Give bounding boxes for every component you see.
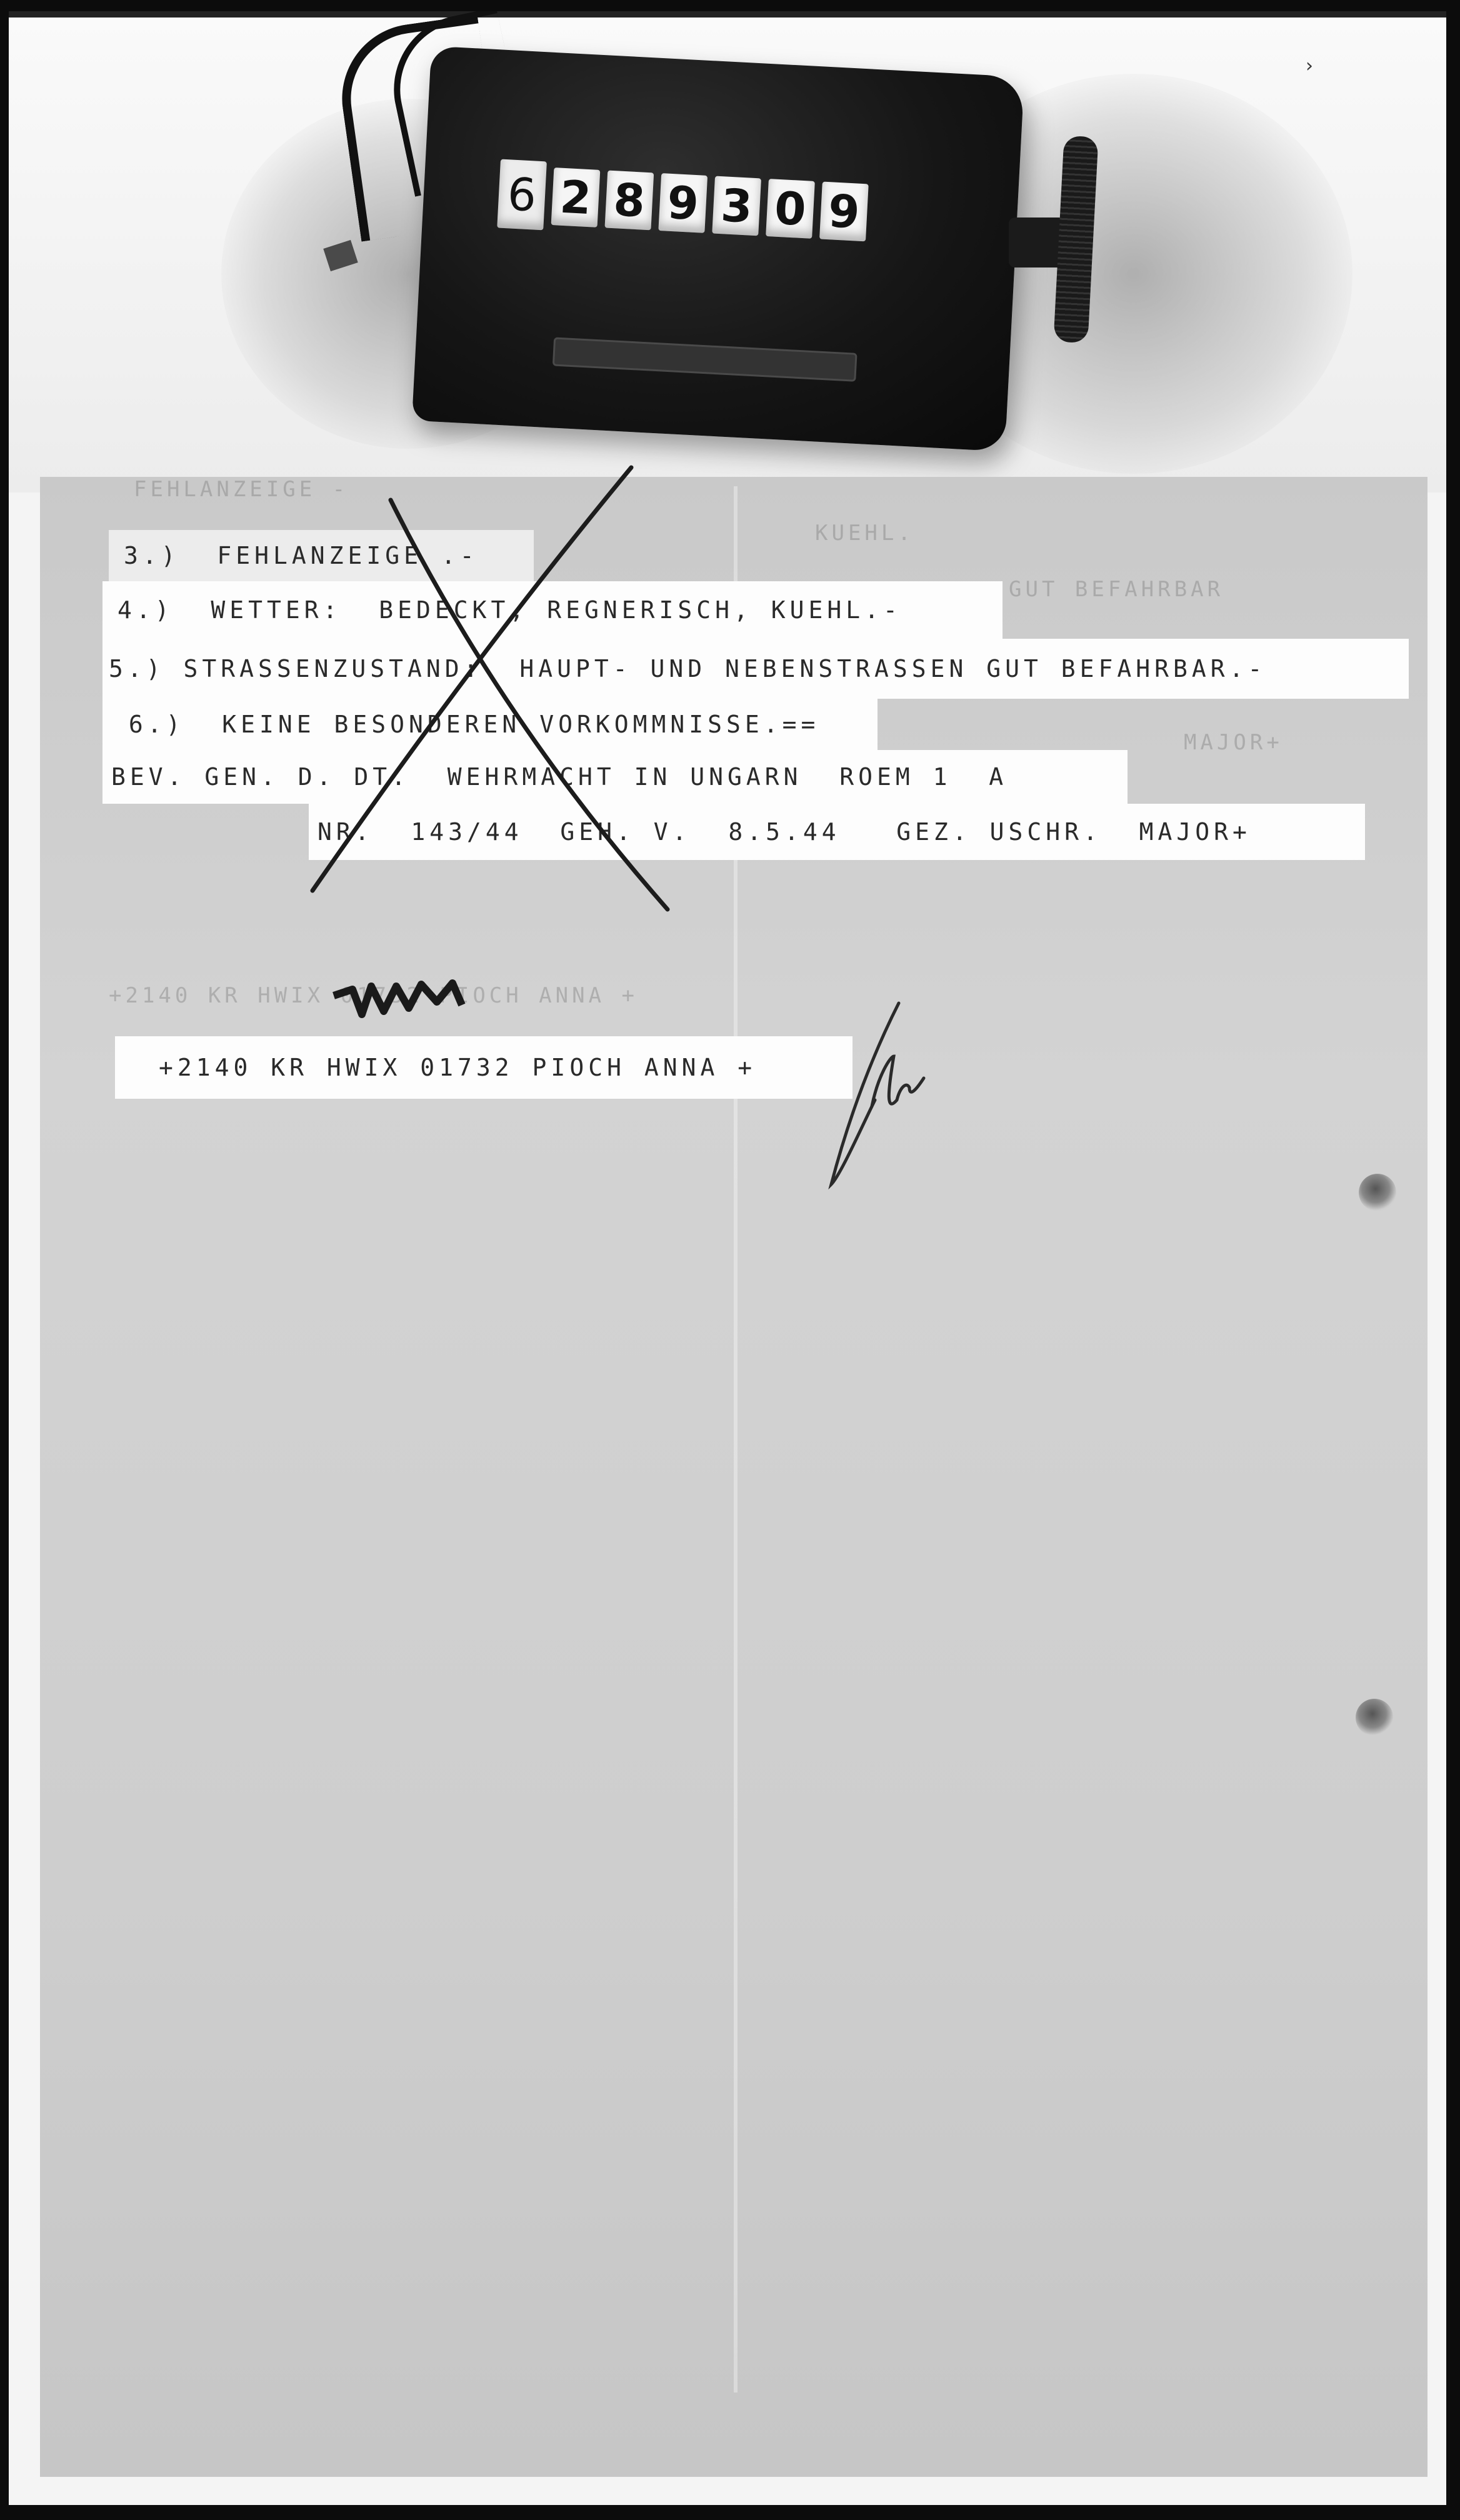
ghost-text: MAJOR+ [1184, 730, 1283, 755]
counter-display: 6 2 8 9 3 0 9 [497, 159, 869, 247]
ghost-text: GUT BEFAHRBAR [1009, 577, 1224, 602]
ghost-text: FEHLANZEIGE - [134, 477, 349, 502]
film-edge [9, 11, 1446, 17]
telegram-sender-line: BEV. GEN. D. DT. WEHRMACHT IN UNGARN ROE… [102, 750, 1127, 804]
counter-digit: 8 [605, 171, 654, 231]
punch-hole [1356, 1699, 1393, 1736]
telegram-line-5: 5.) STRASSENZUSTAND: HAUPT- UND NEBENSTR… [102, 639, 1409, 699]
telegram-line-4: 4.) WETTER: BEDECKT, REGNERISCH, KUEHL.- [102, 581, 1002, 639]
counter-digit: 3 [712, 176, 761, 236]
punch-hole [1359, 1174, 1396, 1211]
counter-digit: 2 [551, 167, 601, 227]
counter-digit: 9 [819, 182, 869, 242]
ghost-text: KUEHL. [815, 521, 914, 546]
counter-digit: 9 [658, 173, 707, 233]
counter-photo: 6 2 8 9 3 0 9 › [9, 11, 1446, 492]
mechanical-counter: 6 2 8 9 3 0 9 [412, 46, 1024, 452]
scribble-mark [327, 977, 471, 1021]
telegram-line-3: 3.) FEHLANZEIGE .- [109, 530, 534, 581]
corner-mark: › [1306, 55, 1313, 77]
knob-axle [1009, 217, 1065, 267]
telegram-reference-line: NR. 143/44 GEH. V. 8.5.44 GEZ. USCHR. MA… [309, 804, 1365, 860]
counter-slot [552, 337, 857, 381]
telegram-line-6: 6.) KEINE BESONDEREN VORKOMMNISSE.== [102, 699, 877, 750]
routing-strip: +2140 KR HWIX 01732 PIOCH ANNA + [115, 1036, 852, 1099]
counter-digit: 0 [766, 179, 815, 239]
photograph-frame: 6 2 8 9 3 0 9 › FEHLANZEIGE - KUEHL. GUT… [9, 11, 1446, 2505]
counter-digit: 6 [497, 159, 547, 231]
